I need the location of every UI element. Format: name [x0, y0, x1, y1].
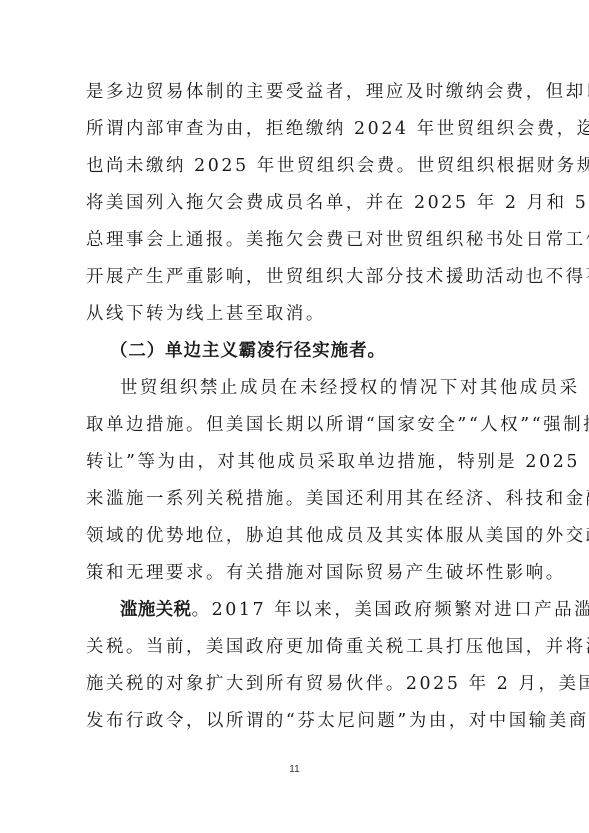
body-text-line: 所谓内部审查为由，拒绝缴纳 2024 年世贸组织会费，迄今: [86, 116, 504, 142]
body-text-line: 发布行政令，以所谓的“芬太尼问题”为由，对中国输美商品: [86, 708, 504, 734]
body-text-line: 是多边贸易体制的主要受益者，理应及时缴纳会费，但却以: [86, 79, 504, 105]
bold-lead-term: 滥施关税: [120, 600, 192, 620]
body-text-line: 取单边措施。但美国长期以所谓“国家安全”“人权”“强制技术: [86, 412, 504, 438]
body-text-line: 也尚未缴纳 2025 年世贸组织会费。世贸组织根据财务规定: [86, 153, 504, 179]
body-text-line: 世贸组织禁止成员在未经授权的情况下对其他成员采: [120, 375, 504, 401]
body-text-line: 来滥施一系列关税措施。美国还利用其在经济、科技和金融: [86, 486, 504, 512]
body-text-line: 策和无理要求。有关措施对国际贸易产生破坏性影响。: [86, 560, 504, 586]
document-page: 是多边贸易体制的主要受益者，理应及时缴纳会费，但却以 所谓内部审查为由，拒绝缴纳…: [0, 0, 589, 833]
body-text-line: 转让”等为由，对其他成员采取单边措施，特别是 2025 年以: [86, 449, 504, 475]
body-text-line: 总理事会上通报。美拖欠会费已对世贸组织秘书处日常工作: [86, 227, 504, 253]
paragraph-lead-line: 滥施关税。2017 年以来，美国政府频繁对进口产品滥施: [120, 597, 504, 623]
body-text-line: 领域的优势地位，胁迫其他成员及其实体服从美国的外交政: [86, 523, 504, 549]
body-text-line: 将美国列入拖欠会费成员名单，并在 2025 年 2 月和 5 月的: [86, 190, 504, 216]
body-text-line: 施关税的对象扩大到所有贸易伙伴。2025 年 2 月，美国政府: [86, 671, 504, 697]
body-text-line: 从线下转为线上甚至取消。: [86, 301, 504, 327]
section-heading: （二）单边主义霸凌行径实施者。: [110, 338, 494, 364]
page-number: 11: [0, 764, 589, 775]
lead-line-rest: 。2017 年以来，美国政府频繁对进口产品滥施: [192, 600, 589, 620]
body-text-line: 关税。当前，美国政府更加倚重关税工具打压他国，并将滥: [86, 634, 504, 660]
body-text-line: 开展产生严重影响，世贸组织大部分技术援助活动也不得不: [86, 264, 504, 290]
